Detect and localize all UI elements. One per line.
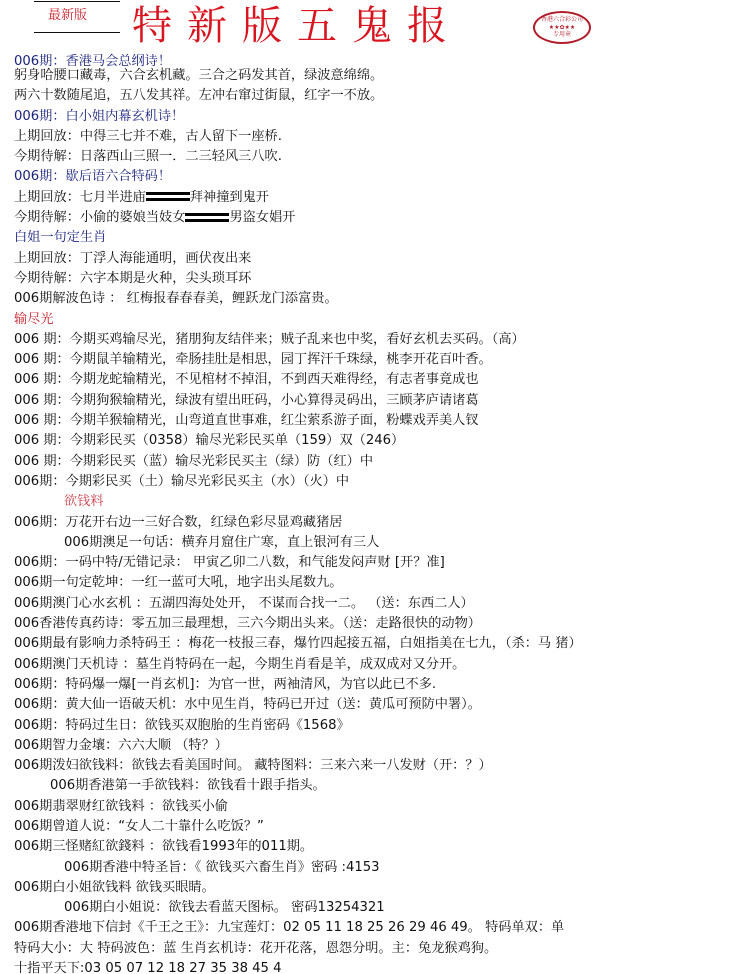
stamp-stars-icon: ★★✿★★ xyxy=(535,24,589,31)
seal-stamp-icon: 香港六合彩公司 ★★✿★★ 专用章 xyxy=(533,11,591,44)
text-line: 006期：特码爆一爆[一肖玄机]：为官一世，两袖清风，为官以此已不多. xyxy=(14,675,731,695)
badge-label: 最新版 xyxy=(48,4,87,23)
text-line: 006香港传真药诗：零五加三最理想，三六今期出头来。（送：走路很快的动物） xyxy=(14,614,731,634)
text-line: 上期回放：七月半进庙拜神撞到鬼开 xyxy=(14,188,731,208)
text-line: 006期：今期彩民买（土）输尽光彩民买主（水）（火）中 xyxy=(14,472,731,492)
text-line: 今期待解：六字本期是火种，尖头琐耳环 xyxy=(14,269,731,289)
section-title-line: 006期：香港马会总纲诗！ xyxy=(14,52,731,66)
page-header: 最新版 特新版五鬼报 香港六合彩公司 ★★✿★★ 专用章 xyxy=(0,0,731,56)
text-line: 006期：特码过生日：欲钱买双胞胎的生肖密码《1568》 xyxy=(14,716,731,736)
text-line: 上期回放：中得三七并不难，古人留下一座桥. xyxy=(14,127,731,147)
text-line: 两六十数随尾追，五八发其祥。左冲右窜过街鼠，红字一不放。 xyxy=(14,86,731,106)
text-line: 006 期：今期羊猴输精光，山弯道直世事难，红尘萦系游子面，粉蝶戏弄美人钗 xyxy=(14,411,731,431)
text-line: 006期解波色诗 ： 红梅报春春春美，鲤跃龙门添富贵。 xyxy=(14,289,731,309)
text-line: 006期澳足一句话：横弃月窟住广寒，直上银河有三人 xyxy=(14,533,731,553)
text-line: 躬身哈腰口藏毒，六合玄机藏。三合之码发其首，绿波意绵绵。 xyxy=(14,66,731,86)
text-line: 006期香港中特圣旨：《 欲钱买六畜生肖》密码 :4153 xyxy=(14,858,731,878)
section-title-line: 白姐一句定生肖 xyxy=(14,228,731,248)
text-line: 上期回放：丁浮人海能通明，画伏夜出来 xyxy=(14,249,731,269)
text-line: 006期三怪赌紅欲錢料 ：欲钱看1993年的011期。 xyxy=(14,837,731,857)
text-line: 006 期：今期龙蛇输精光，不见棺材不掉泪，不到西天难得经，有志者事竟成也 xyxy=(14,370,731,390)
text-line: 十指平天下:03 05 07 12 18 27 35 38 45 4 xyxy=(14,959,731,974)
text-line: 006 期：今期彩民买（0358）输尽光彩民买单（159）双（246） xyxy=(14,431,731,451)
document-body: 006期：香港马会总纲诗！躬身哈腰口藏毒，六合玄机藏。三合之码发其首，绿波意绵绵… xyxy=(14,56,731,974)
stamp-bottom-text: 专用章 xyxy=(535,31,589,38)
text-line: 006期一句定乾坤：一红一蓝可大吼，地字出头尾数九。 xyxy=(14,573,731,593)
text-line: 006期泼妇欲钱料：欲钱去看美国时间。 藏特图料：三来六来一八发财（开：？） xyxy=(14,756,731,776)
text-line: 006期智力金壤：六六大顺 （特？） xyxy=(14,736,731,756)
line-text-before: 今期待解：小偷的婆娘当妓女 xyxy=(14,210,185,225)
page-title: 特新版五鬼报 xyxy=(132,2,462,50)
text-line: 006期：万花开右边一三好合数，红绿色彩尽显鸡藏猪居 xyxy=(14,513,731,533)
stamp-top-text: 香港六合彩公司 xyxy=(535,16,589,24)
line-text-before: 上期回放：七月半进庙 xyxy=(14,190,146,205)
text-line: 006期：黄大仙一语破天机：水中见生肖，特码已开过（送：黄瓜可预防中署）。 xyxy=(14,695,731,715)
text-line: 今期待解：小偷的婆娘当妓女男盗女娼开 xyxy=(14,208,731,228)
text-line: 006 期：今期彩民买（蓝）输尽光彩民买主（绿）防（红）中 xyxy=(14,452,731,472)
section-title-line: 006期：歇后语六合特码！ xyxy=(14,167,731,187)
text-line: 006 期：今期买鸡输尽光，猪朋狗友结伴来；贼子乱来也中奖，看好玄机去买码。（高… xyxy=(14,330,731,350)
divider xyxy=(34,1,120,2)
section-heading: 欲钱料 xyxy=(14,492,731,512)
text-line: 006期澳门天机诗 ：墓生肖特码在一起，今期生肖看是羊，成双成对又分开。 xyxy=(14,655,731,675)
text-line: 006期：一码中特/无错记录： 甲寅乙卯二八数，和气能发闷声财 [开？准] xyxy=(14,553,731,573)
text-line: 006 期：今期鼠羊输精光，牵肠挂肚是相思，园丁挥汗千珠绿，桃李开花百叶香。 xyxy=(14,350,731,370)
text-line: 特码大小：大 特码波色：蓝 生肖玄机诗：花开花落，恩怨分明。主：兔龙猴鸡狗。 xyxy=(14,939,731,959)
section-title-line: 006期：白小姐内幕玄机诗！ xyxy=(14,107,731,127)
text-line: 006 期：今期狗猴输精光，绿波有望出旺码，小心算得灵码出，三顾茅庐请诸葛 xyxy=(14,391,731,411)
line-text-after: 拜神撞到鬼开 xyxy=(190,190,269,205)
text-line: 006期白小姐说：欲钱去看蓝天图标。 密码13254321 xyxy=(14,898,731,918)
text-line: 006期曾道人说：“女人二十靠什么吃饭？” xyxy=(14,817,731,837)
line-text-after: 男盗女娼开 xyxy=(229,210,295,225)
text-line: 006期白小姐欲钱料 欲钱买眼睛。 xyxy=(14,878,731,898)
text-line: 006期香港第一手欲钱料：欲钱看十跟手指头。 xyxy=(14,776,731,796)
double-bar-icon xyxy=(185,213,229,222)
text-line: 006期翡翠财红欲钱料 ：欲钱买小偷 xyxy=(14,797,731,817)
divider xyxy=(34,32,120,33)
double-bar-icon xyxy=(146,192,190,201)
text-line: 今期待解：日落西山三照一．二三轻风三八吹. xyxy=(14,147,731,167)
text-line: 006期澳门心水玄机 ：五湖四海处处开， 不谋而合找一二。 （送：东西二人） xyxy=(14,594,731,614)
text-line: 006期香港地下信封《千王之王》：九宝莲灯：02 05 11 18 25 26 … xyxy=(14,918,731,938)
section-heading: 输尽光 xyxy=(14,310,731,330)
newest-edition-badge: 最新版 xyxy=(34,0,120,36)
text-line: 006期最有影响力杀特码王 ：梅花一枝报三春，爆竹四起接五福，白姐指美在七九，（… xyxy=(14,634,731,654)
